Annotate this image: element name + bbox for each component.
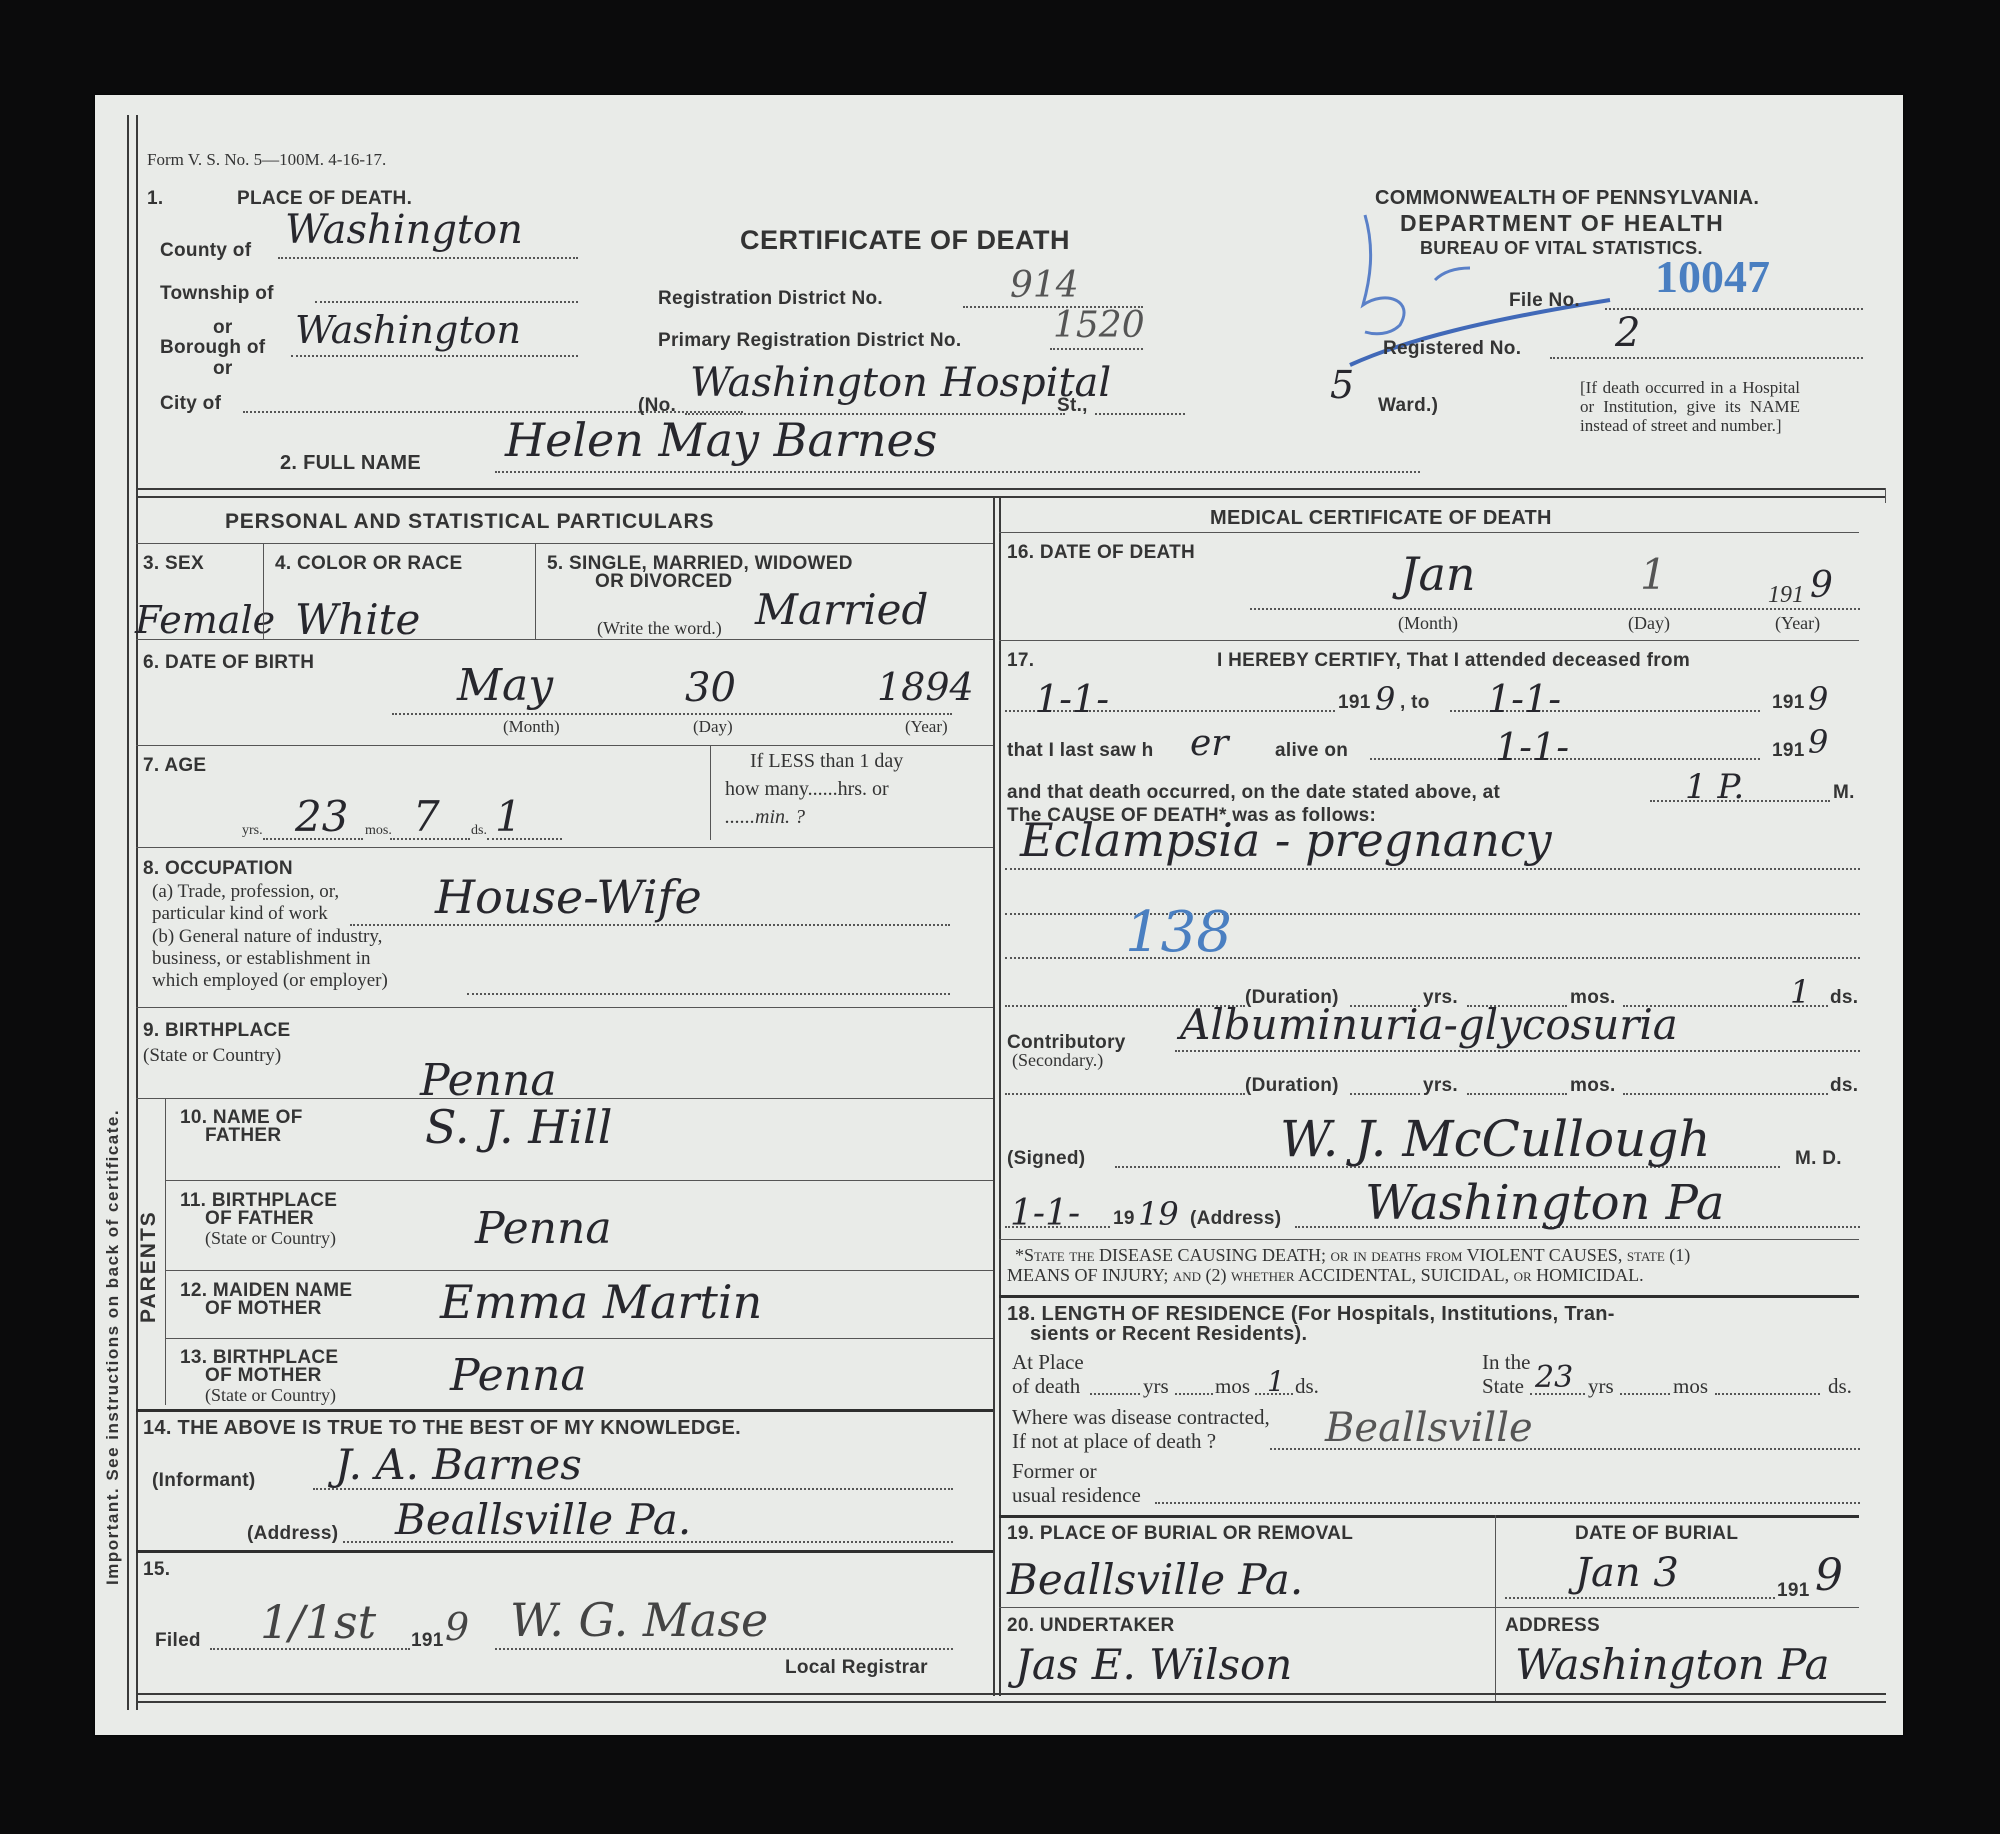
registration-district-value: 914 — [1010, 265, 1079, 306]
duration-label-2: (Duration) — [1245, 1075, 1339, 1097]
occupation-a-1: (a) Trade, profession, or, — [152, 881, 339, 903]
at-place-1: At Place — [1012, 1350, 1084, 1375]
registration-district-label: Registration District No. — [658, 288, 883, 310]
duration-line — [1350, 1093, 1420, 1095]
former-residence-line — [1155, 1502, 1860, 1504]
state-yrs-caption: yrs — [1588, 1374, 1614, 1399]
row-line — [165, 1338, 993, 1339]
md-label: M. D. — [1795, 1148, 1842, 1170]
death-time-label: and that death occurred, on the date sta… — [1007, 782, 1500, 804]
less-than-day-3: ......min. ? — [725, 806, 805, 829]
duration-days-value: 1 — [1790, 973, 1810, 1011]
burial-date-line — [1505, 1597, 1775, 1599]
father-birthplace-sub: (State or Country) — [205, 1228, 336, 1249]
occupation-label: 8. OCCUPATION — [143, 858, 293, 880]
dod-day-caption: (Day) — [1628, 613, 1670, 634]
row-line — [999, 1607, 1859, 1608]
registrar-line — [495, 1648, 953, 1650]
informant-address-label: (Address) — [247, 1523, 338, 1545]
father-birthplace-label-2: OF FATHER — [205, 1208, 314, 1230]
medical-heading: MEDICAL CERTIFICATE OF DEATH — [1210, 507, 1552, 530]
parents-divider — [165, 1098, 166, 1405]
duration-ds-2: ds. — [1830, 1075, 1858, 1097]
mother-name-value: Emma Martin — [440, 1275, 762, 1329]
signed-label: (Signed) — [1007, 1148, 1085, 1170]
col-divider — [710, 745, 711, 840]
filed-label: Filed — [155, 1630, 201, 1652]
occupation-b-3: which employed (or employer) — [152, 970, 388, 992]
edge-tick — [1885, 488, 1886, 503]
undertaker-address-value: Washington Pa — [1515, 1640, 1830, 1689]
ward-line — [1095, 413, 1185, 415]
agency-line-2: DEPARTMENT OF HEALTH — [1400, 210, 1724, 237]
st-label: St., — [1057, 395, 1088, 417]
dod-day: 1 — [1640, 550, 1667, 599]
place-of-death-num: 1. — [147, 188, 163, 210]
age-yrs-caption: yrs. — [242, 823, 263, 839]
primary-registration-label: Primary Registration District No. — [658, 330, 961, 352]
place-yrs-line — [1090, 1393, 1140, 1395]
borough-value: Washington — [295, 308, 521, 352]
father-name-value: S. J. Hill — [425, 1100, 612, 1154]
mother-birthplace-label-2: OF MOTHER — [205, 1365, 322, 1387]
registered-no-line — [1550, 357, 1863, 359]
at-place-2: of death — [1012, 1374, 1080, 1399]
row-line — [999, 1239, 1859, 1240]
duration-ds: ds. — [1830, 987, 1858, 1009]
duration-yrs-2: yrs. — [1423, 1075, 1458, 1097]
row-line — [999, 640, 1859, 641]
hospital-note: [If death occurred in a Hospital or Inst… — [1580, 378, 1800, 435]
occupation-b-line — [467, 993, 950, 995]
duration-mos-2: mos. — [1570, 1075, 1616, 1097]
filing-num: 15. — [143, 1559, 170, 1581]
place-ds-caption: ds. — [1295, 1374, 1319, 1399]
city-label: City of — [160, 393, 221, 415]
or-label-1: or — [213, 317, 233, 339]
section-divider — [136, 1409, 993, 1412]
institution-value: Washington Hospital — [690, 360, 1111, 406]
informant-heading: 14. THE ABOVE IS TRUE TO THE BEST OF MY … — [143, 1417, 741, 1440]
margin-instructions: Important. See instructions on back of c… — [103, 1109, 123, 1585]
filed-year-suffix: 9 — [445, 1605, 469, 1649]
dob-year: 1894 — [877, 665, 974, 709]
sex-value: Female — [135, 598, 275, 642]
header-divider-2 — [136, 496, 1886, 498]
filed-year-prefix: 191 — [411, 1630, 444, 1652]
dob-label: 6. DATE OF BIRTH — [143, 652, 314, 674]
contributory-value: Albuminuria-glycosuria — [1180, 1000, 1678, 1049]
dob-month: May — [457, 660, 553, 711]
age-label: 7. AGE — [143, 755, 206, 777]
full-name-label: 2. FULL NAME — [280, 452, 421, 475]
signed-date: 1-1- — [1010, 1193, 1080, 1234]
row-line — [165, 1270, 993, 1271]
cause-code: 138 — [1125, 900, 1232, 965]
section-divider — [136, 1550, 993, 1553]
occupation-b-2: business, or establishment in — [152, 948, 370, 970]
undertaker-label: 20. UNDERTAKER — [1007, 1615, 1174, 1637]
mother-name-label-2: OF MOTHER — [205, 1298, 322, 1320]
full-name-line — [495, 471, 1420, 473]
place-mos-line — [1175, 1393, 1213, 1395]
col-divider — [1495, 1515, 1496, 1703]
informant-label: (Informant) — [152, 1470, 256, 1492]
occupation-a-line — [350, 924, 950, 926]
cause-value: Eclampsia - pregnancy — [1020, 813, 1552, 867]
registrar-value: W. G. Mase — [510, 1593, 768, 1647]
contracted-2: If not at place of death ? — [1012, 1429, 1216, 1454]
or-label-2: or — [213, 358, 233, 380]
dob-year-caption: (Year) — [905, 717, 948, 737]
marital-value: Married — [755, 585, 928, 634]
last-saw-pronoun: er — [1190, 723, 1229, 764]
registered-no-value: 2 — [1615, 310, 1640, 356]
marital-label-2: OR DIVORCED — [595, 571, 732, 593]
dob-line — [392, 713, 952, 715]
burial-date-value: Jan 3 — [1575, 1550, 1679, 1596]
last-saw-label: that I last saw h — [1007, 740, 1154, 762]
burial-date-label: DATE OF BURIAL — [1575, 1523, 1738, 1545]
footer-divider-1 — [136, 1693, 1886, 1695]
sex-label: 3. SEX — [143, 553, 204, 575]
contributory-sub: (Secondary.) — [1012, 1050, 1103, 1071]
to-label: , to — [1400, 692, 1430, 714]
state-ds-line — [1715, 1393, 1820, 1395]
borough-line — [291, 355, 578, 357]
attended-to-year: 191 — [1772, 692, 1805, 714]
race-label: 4. COLOR OR RACE — [275, 553, 462, 575]
burial-place-value: Beallsville Pa. — [1007, 1555, 1303, 1604]
alive-on-year: 191 — [1772, 740, 1805, 762]
primary-registration-value: 1520 — [1053, 305, 1145, 346]
age-ds-caption: ds. — [471, 823, 487, 839]
occupation-b-1: (b) General nature of industry, — [152, 926, 382, 948]
state-mos-caption: mos — [1673, 1374, 1708, 1399]
attended-to-year-suffix: 9 — [1808, 680, 1828, 718]
state-yrs-value: 23 — [1535, 1360, 1573, 1395]
age-days: 1 — [495, 792, 522, 841]
parents-label: PARENTS — [137, 1210, 161, 1323]
dob-month-caption: (Month) — [503, 717, 560, 737]
header-divider-1 — [136, 488, 1886, 490]
undertaker-value: Jas E. Wilson — [1015, 1640, 1292, 1689]
agency-line-1: COMMONWEALTH OF PENNSYLVANIA. — [1375, 187, 1759, 210]
township-line — [315, 301, 578, 303]
state-mos-line — [1620, 1393, 1670, 1395]
attended-from: 1-1- — [1035, 677, 1109, 721]
dob-day-caption: (Day) — [693, 717, 733, 737]
personal-heading: PERSONAL AND STATISTICAL PARTICULARS — [225, 510, 714, 534]
race-value: White — [295, 595, 420, 644]
section-divider — [999, 1295, 1859, 1298]
birthplace-sub: (State or Country) — [143, 1045, 281, 1067]
row-line — [136, 1007, 993, 1008]
medical-address-label: (Address) — [1190, 1208, 1281, 1230]
county-line — [278, 257, 578, 259]
footnote-1: *State the DISEASE CAUSING DEATH; or in … — [1015, 1245, 1690, 1266]
col-divider — [263, 543, 264, 639]
dod-label: 16. DATE OF DEATH — [1007, 542, 1195, 564]
dod-month-caption: (Month) — [1398, 613, 1458, 634]
primary-registration-line — [1050, 348, 1143, 350]
contracted-value: Beallsville — [1325, 1405, 1533, 1451]
full-name-value: Helen May Barnes — [505, 413, 937, 467]
informant-value: J. A. Barnes — [335, 1440, 582, 1489]
informant-address-value: Beallsville Pa. — [395, 1495, 691, 1544]
occupation-value: House-Wife — [435, 870, 702, 924]
footer-divider-2 — [136, 1701, 1886, 1703]
row-line — [136, 847, 993, 848]
residence-heading-2: sients or Recent Residents). — [1030, 1323, 1307, 1346]
certify-num: 17. — [1007, 650, 1034, 672]
burial-year-prefix: 191 — [1777, 1580, 1810, 1602]
marital-hint: (Write the word.) — [597, 618, 722, 639]
in-state-1: In the — [1482, 1350, 1530, 1375]
ward-label: Ward.) — [1378, 395, 1438, 417]
file-no-label: File No. — [1509, 290, 1580, 312]
duration-line — [1005, 1093, 1245, 1095]
attended-to: 1-1- — [1487, 677, 1561, 721]
row-line — [165, 1180, 993, 1181]
row-line — [136, 1098, 993, 1099]
state-ds-caption: ds. — [1828, 1374, 1852, 1399]
place-mos-caption: mos — [1215, 1374, 1250, 1399]
margin-rule-inner — [136, 115, 138, 1710]
county-value: Washington — [285, 207, 523, 253]
father-name-label-2: FATHER — [205, 1125, 281, 1147]
duration-line — [1623, 1093, 1828, 1095]
contributory-line — [1175, 1050, 1860, 1052]
death-time-suffix: M. — [1833, 782, 1855, 804]
contracted-1: Where was disease contracted, — [1012, 1405, 1270, 1430]
age-mos-caption: mos. — [365, 823, 392, 839]
file-number-stamp: 10047 — [1655, 250, 1770, 303]
less-than-day-1: If LESS than 1 day — [750, 750, 903, 773]
birthplace-label: 9. BIRTHPLACE — [143, 1020, 290, 1042]
place-ds-value: 1 — [1267, 1365, 1285, 1398]
alive-on-label: alive on — [1275, 740, 1348, 762]
row-line — [136, 639, 993, 640]
dod-year-caption: (Year) — [1775, 613, 1820, 634]
dod-year-prefix: 191 — [1768, 582, 1804, 609]
margin-rule-outer — [127, 115, 129, 1710]
alive-on-year-suffix: 9 — [1808, 723, 1828, 761]
row-line — [136, 745, 993, 746]
filed-value: 1/1st — [260, 1595, 376, 1649]
former-residence-2: usual residence — [1012, 1483, 1141, 1508]
section-divider — [999, 1515, 1859, 1518]
county-label: County of — [160, 240, 251, 262]
former-residence-1: Former or — [1012, 1459, 1097, 1484]
less-than-day-2: how many......hrs. or — [725, 778, 889, 801]
signed-year-suffix: 19 — [1138, 1195, 1179, 1233]
dod-month: Jan — [1400, 547, 1476, 601]
mother-birthplace-value: Penna — [450, 1350, 587, 1401]
burial-place-label: 19. PLACE OF BURIAL OR REMOVAL — [1007, 1523, 1353, 1545]
burial-year-suffix: 9 — [1815, 1550, 1843, 1601]
age-months: 7 — [413, 792, 440, 841]
col-divider — [535, 543, 536, 639]
registered-no-label: Registered No. — [1383, 338, 1521, 360]
row-line — [999, 532, 1859, 533]
dob-day: 30 — [685, 665, 736, 711]
duration-line — [1467, 1093, 1567, 1095]
center-rule-left — [993, 496, 995, 1696]
file-no-line — [1605, 308, 1863, 310]
registrar-label: Local Registrar — [785, 1657, 928, 1679]
age-years: 23 — [295, 792, 348, 841]
father-birthplace-value: Penna — [475, 1203, 612, 1254]
occupation-a-2: particular kind of work — [152, 903, 328, 925]
form-number: Form V. S. No. 5—100M. 4-16-17. — [147, 150, 386, 170]
attended-from-year-suffix: 9 — [1375, 680, 1395, 718]
in-state-2: State — [1482, 1374, 1524, 1399]
death-time-value: 1 P. — [1685, 767, 1744, 807]
signed-year-prefix: 19 — [1113, 1208, 1135, 1230]
attended-from-year: 191 — [1338, 692, 1371, 714]
medical-address-value: Washington Pa — [1365, 1175, 1724, 1231]
cause-line-1 — [1005, 868, 1860, 870]
place-yrs-caption: yrs — [1143, 1374, 1169, 1399]
township-label: Township of — [160, 283, 274, 305]
certify-text: I HEREBY CERTIFY, That I attended deceas… — [1217, 650, 1690, 672]
dod-year-suffix: 9 — [1810, 565, 1833, 606]
mother-birthplace-sub: (State or Country) — [205, 1385, 336, 1406]
borough-label: Borough of — [160, 337, 265, 359]
death-certificate: Important. See instructions on back of c… — [95, 95, 1903, 1735]
undertaker-address-label: ADDRESS — [1505, 1615, 1600, 1637]
signed-value: W. J. McCullough — [1280, 1110, 1711, 1168]
alive-on-value: 1-1- — [1495, 725, 1569, 769]
certificate-title: CERTIFICATE OF DEATH — [740, 225, 1070, 256]
row-line — [136, 543, 993, 544]
footnote-2: MEANS OF INJURY; and (2) whether ACCIDEN… — [1007, 1265, 1644, 1286]
